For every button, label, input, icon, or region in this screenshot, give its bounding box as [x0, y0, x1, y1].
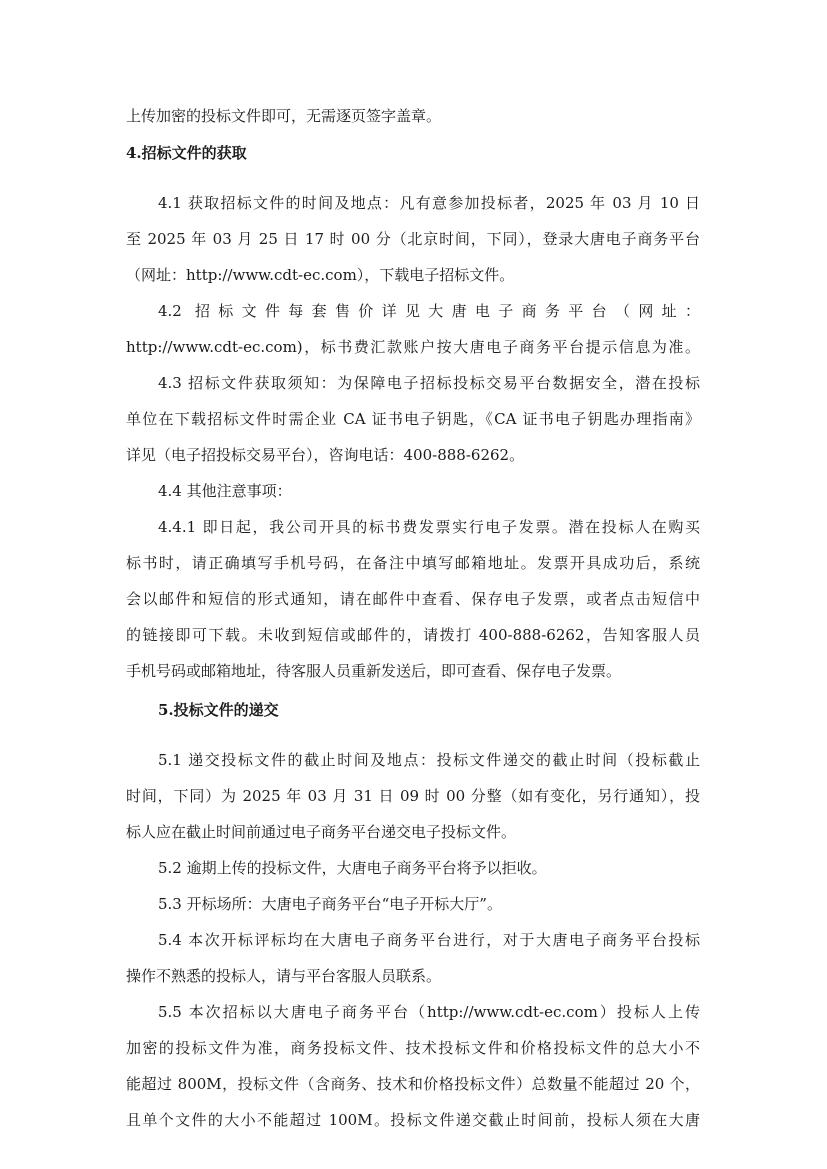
text-line: 的链接即可下载。未收到短信或邮件的，请拨打 400-888-6262，告知客服人…	[126, 625, 700, 645]
text-line: 会以邮件和短信的形式通知，请在邮件中查看、保存电子发票，或者点击短信中	[126, 589, 700, 609]
text-line: 5.2 逾期上传的投标文件，大唐电子商务平台将予以拒收。	[158, 858, 700, 878]
text-line: （网址：http://www.cdt-ec.com），下载电子招标文件。	[126, 265, 700, 285]
section-heading-4: 4.招标文件的获取	[126, 143, 700, 163]
text-line: http://www.cdt-ec.com)，标书费汇款账户按大唐电子商务平台提…	[126, 337, 700, 357]
text-line: 至 2025 年 03 月 25 日 17 时 00 分（北京时间，下同），登录…	[126, 229, 700, 249]
text-line: 4.3 招标文件获取须知：为保障电子招标投标交易平台数据安全，潜在投标	[158, 373, 700, 393]
text-line: 单位在下载招标文件时需企业 CA 证书电子钥匙，《CA 证书电子钥匙办理指南》	[126, 409, 700, 429]
text-line: 4.1 获取招标文件的时间及地点：凡有意参加投标者，2025 年 03 月 10…	[158, 193, 700, 213]
text-line: 4.4 其他注意事项：	[158, 481, 700, 501]
text-line: 5.4 本次开标评标均在大唐电子商务平台进行，对于大唐电子商务平台投标	[158, 930, 700, 950]
text-line: 5.1 递交投标文件的截止时间及地点：投标文件递交的截止时间（投标截止	[158, 750, 700, 770]
text-line: 能超过 800M，投标文件（含商务、技术和价格投标文件）总数量不能超过 20 个…	[126, 1074, 700, 1094]
text-line: 5.3 开标场所：大唐电子商务平台“电子开标大厅”。	[158, 894, 700, 914]
text-line: 操作不熟悉的投标人，请与平台客服人员联系。	[126, 966, 700, 986]
text-line: 上传加密的投标文件即可，无需逐页签字盖章。	[126, 106, 700, 126]
text-line: 手机号码或邮箱地址，待客服人员重新发送后，即可查看、保存电子发票。	[126, 661, 700, 681]
text-line: 5.5 本次招标以大唐电子商务平台（http://www.cdt-ec.com）…	[158, 1002, 700, 1022]
text-line: 详见（电子招投标交易平台），咨询电话：400-888-6262。	[126, 445, 700, 465]
text-line: 4.2 招标文件每套售价详见大唐电子商务平台（网址：	[158, 301, 700, 321]
text-line: 标书时，请正确填写手机号码，在备注中填写邮箱地址。发票开具成功后，系统	[126, 553, 700, 573]
text-line: 4.4.1 即日起，我公司开具的标书费发票实行电子发票。潜在投标人在购买	[158, 517, 700, 537]
text-line: 标人应在截止时间前通过电子商务平台递交电子投标文件。	[126, 822, 700, 842]
text-line: 且单个文件的大小不能超过 100M。投标文件递交截止时间前，投标人须在大唐	[126, 1110, 700, 1130]
section-heading-5: 5.投标文件的递交	[158, 700, 700, 720]
text-line: 时间，下同）为 2025 年 03 月 31 日 09 时 00 分整（如有变化…	[126, 786, 700, 806]
text-line: 加密的投标文件为准，商务投标文件、技术投标文件和价格投标文件的总大小不	[126, 1038, 700, 1058]
